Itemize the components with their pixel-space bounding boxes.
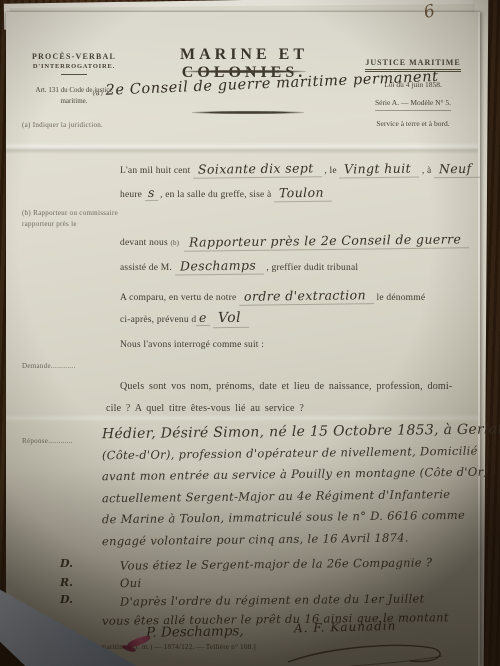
charge-fill: Vol bbox=[213, 310, 249, 328]
divider-rule bbox=[61, 74, 87, 75]
presiding-line-2: assisté de M. Deschamps , greffier dudit… bbox=[120, 258, 358, 275]
clerk-signature: P. Deschamps, bbox=[146, 623, 244, 641]
margin-label-reponse: Réponse............ bbox=[22, 436, 73, 447]
hour-fill: Neuf bbox=[434, 161, 480, 179]
law-reference: Loi du 4 juin 1858. bbox=[354, 80, 472, 89]
day-fill: Vingt huit bbox=[339, 161, 419, 179]
plural-fill: s bbox=[145, 185, 158, 201]
printed-greffier: , greffier dudit tribunal bbox=[266, 263, 358, 273]
date-line-1: L'an mil huit cent Soixante dix sept , l… bbox=[120, 161, 480, 178]
dialogue-text: D'après l'ordre du régiment en date du 1… bbox=[120, 591, 425, 608]
printed-a-comparu: A comparu, en vertu de notre bbox=[120, 293, 236, 303]
question-line-1: Quels sont vos nom, prénoms, date et lie… bbox=[120, 381, 452, 392]
margin-label-demande: Demande............ bbox=[22, 361, 76, 372]
dialogue-label: R. bbox=[60, 576, 73, 589]
interrogatoire-subtitle: D'INTERROGATOIRE. bbox=[26, 63, 122, 70]
printed-lan: L'an mil huit cent bbox=[120, 166, 190, 176]
handwritten-answer: Hédier, Désiré Simon, né le 15 Octobre 1… bbox=[102, 424, 476, 553]
clerk-fill: Deschamps bbox=[174, 257, 263, 275]
presiding-line-1: devant nous (b) Rapporteur près le 2e Co… bbox=[120, 233, 469, 250]
proces-verbal-title: PROCÈS-VERBAL bbox=[26, 52, 122, 61]
printed-heure: heure bbox=[120, 190, 142, 200]
footnote-marker-b: (b) bbox=[170, 239, 179, 247]
date-line-2: heure s , en la salle du greffe, sise à … bbox=[120, 185, 332, 202]
signature-flourish bbox=[282, 632, 454, 666]
question-line-2: cile ? A quel titre êtes-vous lié au ser… bbox=[106, 403, 304, 414]
justice-maritime-title: JUSTICE MARITIME bbox=[365, 58, 460, 72]
swelled-rule-2 bbox=[192, 111, 304, 114]
serie-modele: Série A. — Modèle N° 5. bbox=[375, 98, 451, 111]
printed-ci-apres: ci-après, prévenu d bbox=[120, 315, 196, 325]
footnote-a: (a) Indiquer la juridiction. bbox=[22, 120, 126, 131]
dialogue-label: D. bbox=[60, 593, 73, 606]
swelled-rule bbox=[184, 70, 306, 73]
printed-a: , à bbox=[422, 166, 432, 176]
header-right-margin: JUSTICE MARITIME Loi du 4 juin 1858. Sér… bbox=[354, 52, 472, 128]
photo-of-document: 6 PROCÈS-VERBAL D'INTERROGATOIRE. Art. 1… bbox=[0, 0, 500, 666]
place-fill: Toulon bbox=[274, 185, 332, 203]
footnote-b: (b) Rapporteur ou commissaire rapporteur… bbox=[22, 208, 126, 229]
printed-le-denomme: le dénommé bbox=[377, 293, 426, 303]
officer-fill: Rapporteur près le 2e Conseil de guerre bbox=[184, 231, 469, 251]
document-page: PROCÈS-VERBAL D'INTERROGATOIRE. Art. 131… bbox=[6, 12, 480, 666]
paper-crease bbox=[6, 142, 478, 154]
paper-crease bbox=[6, 414, 478, 422]
order-fill: ordre d'extraction bbox=[239, 287, 374, 306]
dialogue-label: D. bbox=[60, 557, 73, 570]
answer-line: engagé volontaire pour cinq ans, le 16 A… bbox=[102, 529, 476, 555]
printed-le: , le bbox=[324, 166, 336, 176]
appearance-line-1: A comparu, en vertu de notre ordre d'ext… bbox=[120, 288, 425, 305]
printed-devant-nous: devant nous bbox=[120, 238, 168, 248]
printed-salle-greffe: , en la salle du greffe, sise à bbox=[160, 190, 271, 200]
printed-assiste: assisté de M. bbox=[120, 263, 172, 273]
letter-fill: e bbox=[196, 310, 210, 326]
interrogation-intro: Nous l'avons interrogé comme suit : bbox=[120, 340, 264, 350]
year-fill: Soixante dix sept bbox=[193, 160, 322, 179]
appearance-line-2: ci-après, prévenu de Vol bbox=[120, 310, 249, 328]
dialogue-text: Oui bbox=[120, 576, 142, 590]
dialogue-text: Vous étiez le Sergent-major de la 26e Co… bbox=[120, 555, 432, 572]
service-line: Service à terre et à bord. bbox=[354, 119, 472, 128]
footnote-marker-a: (a) bbox=[92, 89, 104, 97]
